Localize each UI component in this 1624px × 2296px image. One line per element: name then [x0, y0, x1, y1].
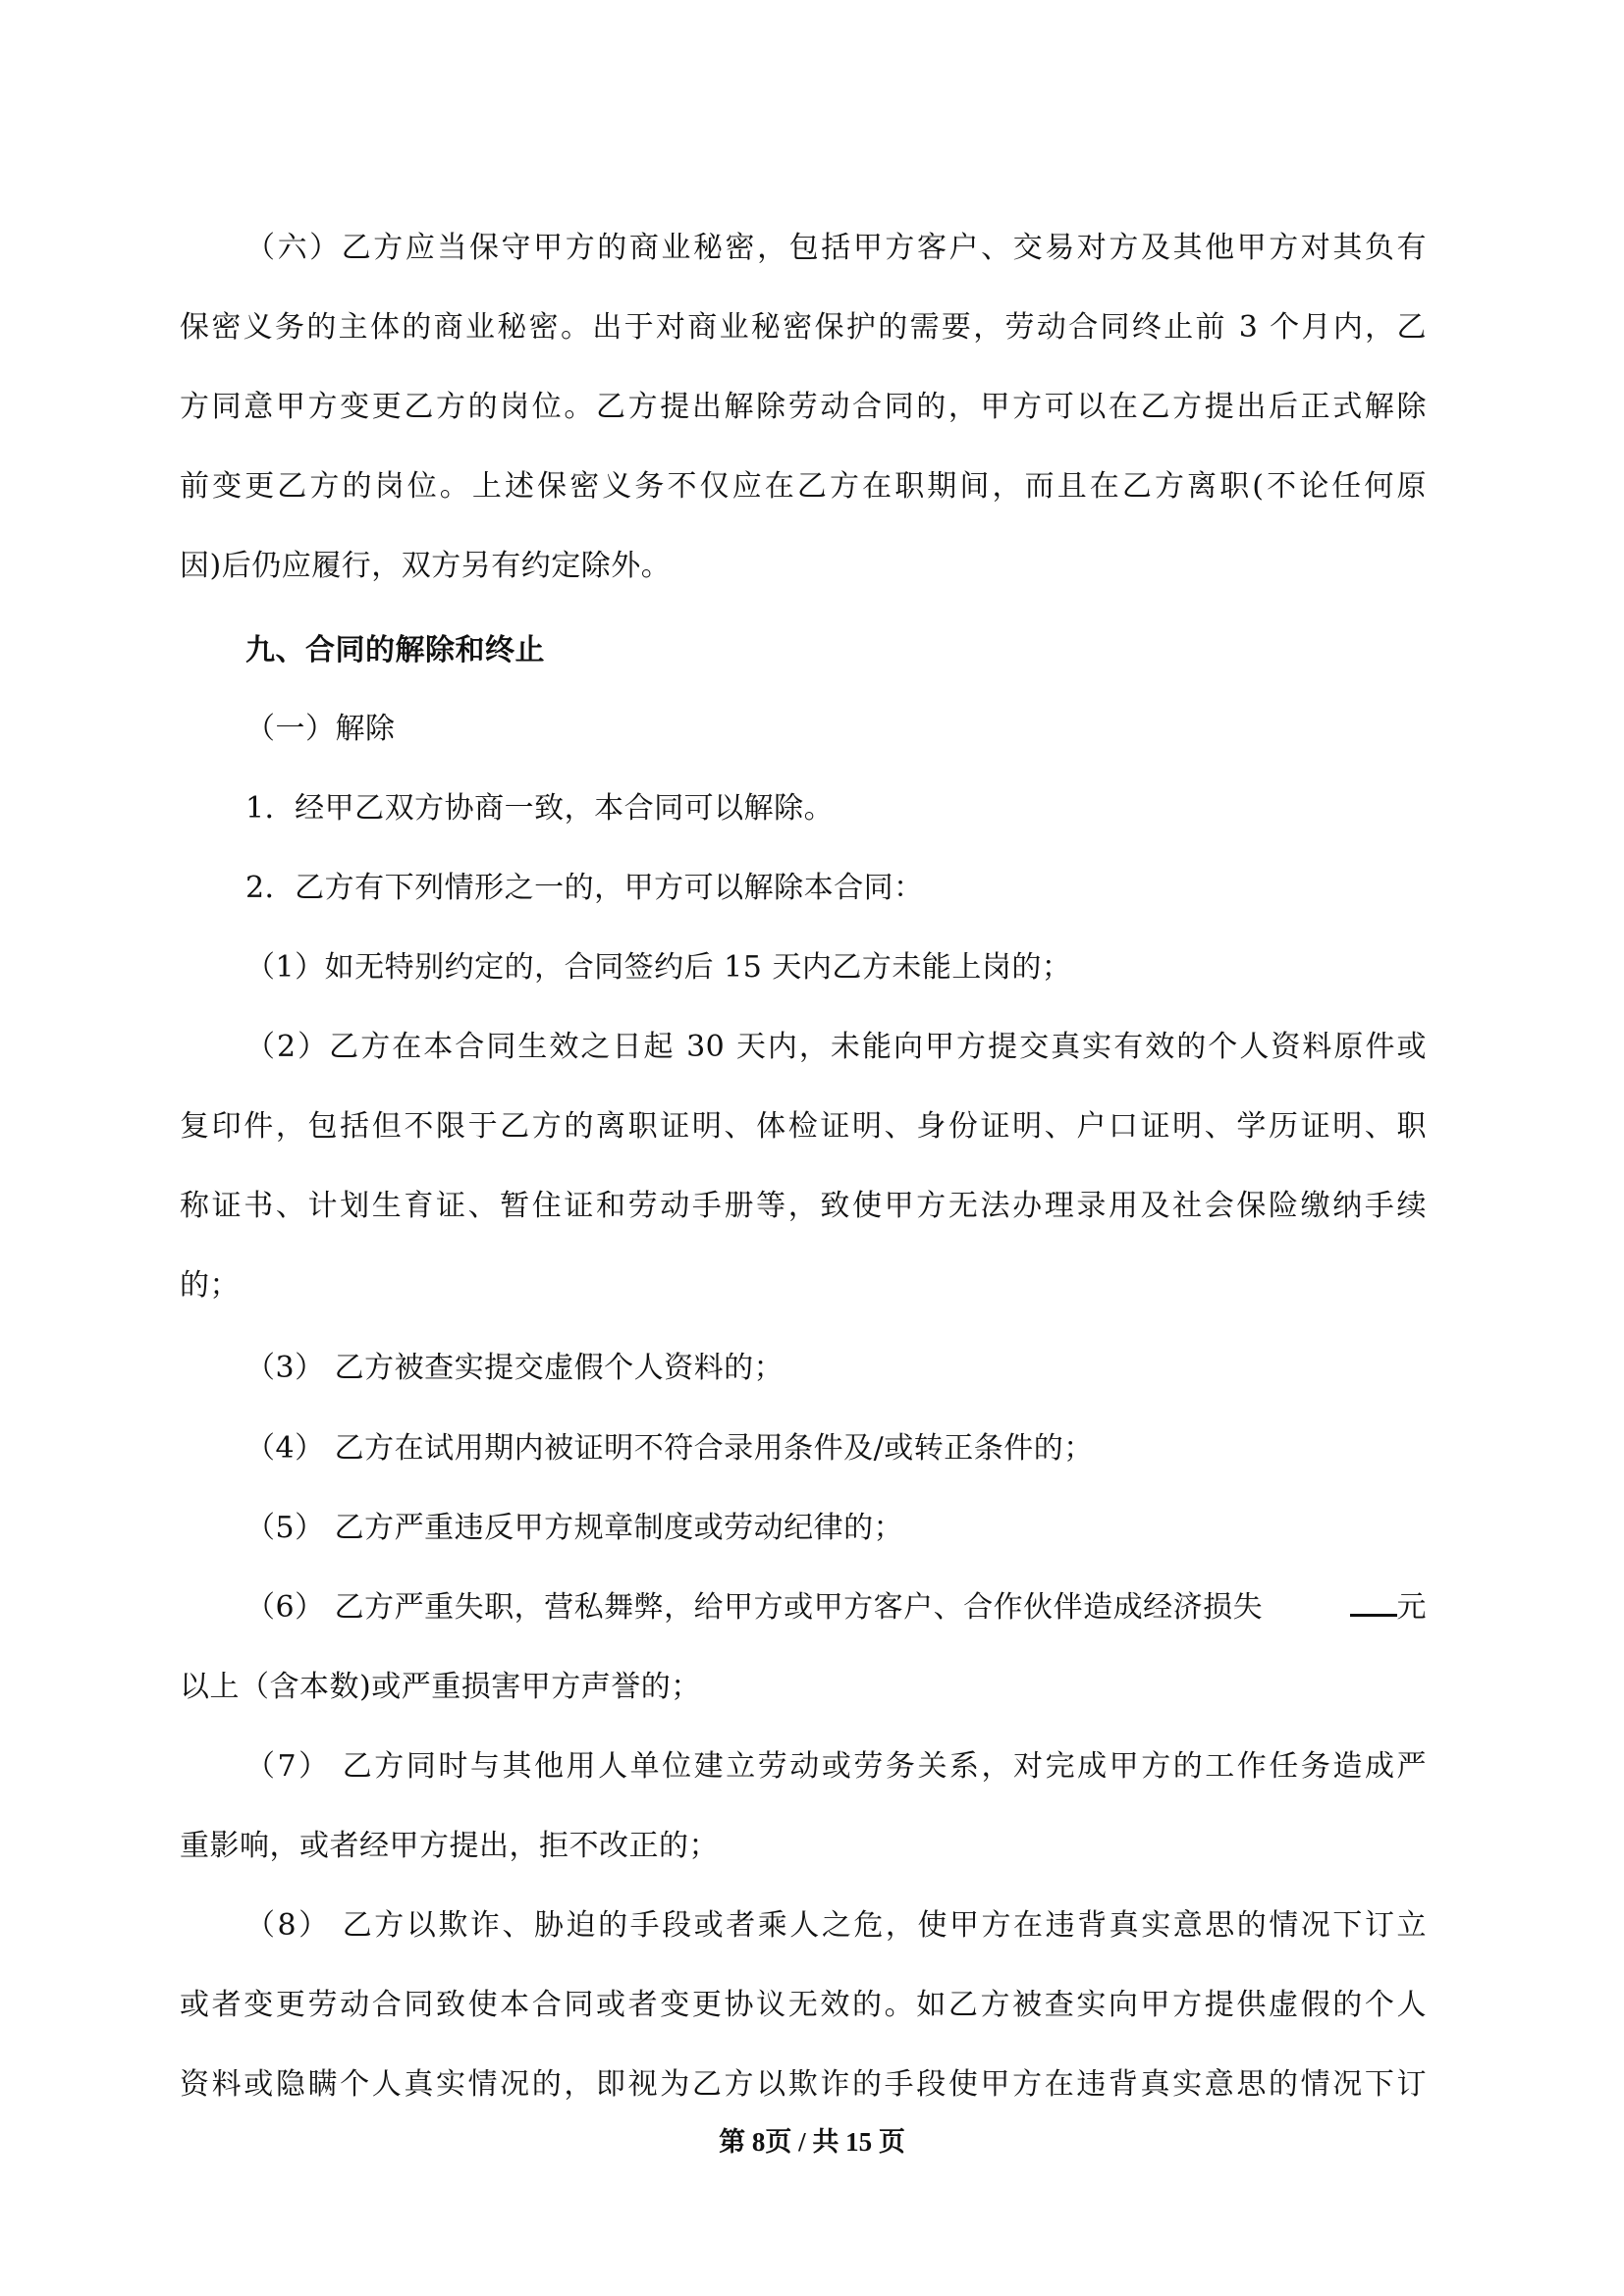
- sub-item-4: （4） 乙方在试用期内被证明不符合录用条件及/或转正条件的；: [245, 1424, 1427, 1473]
- page-number-footer: 第 8页 / 共 15 页: [0, 2120, 1624, 2159]
- section-heading: 九、合同的解除和终止: [245, 626, 1427, 675]
- paragraph-six-line-3: 方同意甲方变更乙方的岗位。乙方提出解除劳动合同的，甲方可以在乙方提出后正式解除: [180, 383, 1427, 432]
- sub-item-2-line-2: 复印件，包括但不限于乙方的离职证明、体检证明、身份证明、户口证明、学历证明、职: [180, 1102, 1427, 1151]
- sub-item-6-text: （6） 乙方严重失职，营私舞弊，给甲方或甲方客户、合作伙伴造成经济损失: [245, 1583, 1263, 1632]
- sub-item-8-line-2: 或者变更劳动合同致使本合同或者变更协议无效的。如乙方被查实向甲方提供虚假的个人: [180, 1981, 1427, 2030]
- sub-item-6-unit: 元: [1397, 1590, 1428, 1625]
- sub-item-7-line-1: （7） 乙方同时与其他用人单位建立劳动或劳务关系，对完成甲方的工作任务造成严: [245, 1742, 1427, 1791]
- paragraph-six-line-2: 保密义务的主体的商业秘密。出于对商业秘密保护的需要，劳动合同终止前 3 个月内，…: [180, 303, 1427, 352]
- sub-item-2-line-3: 称证书、计划生育证、暂住证和劳动手册等，致使甲方无法办理录用及社会保险缴纳手续: [180, 1182, 1427, 1231]
- item-1: 1．经甲乙双方协商一致，本合同可以解除。: [245, 784, 1427, 833]
- document-page: （六）乙方应当保守甲方的商业秘密，包括甲方客户、交易对方及其他甲方对其负有 保密…: [0, 0, 1624, 2296]
- paragraph-six-line-5: 因)后仍应履行，双方另有约定除外。: [180, 542, 1427, 591]
- sub-item-8-line-3: 资料或隐瞒个人真实情况的，即视为乙方以欺诈的手段使甲方在违背真实意思的情况下订: [180, 2060, 1427, 2109]
- sub-item-3: （3） 乙方被查实提交虚假个人资料的；: [245, 1344, 1427, 1393]
- sub-item-2-line-4: 的；: [180, 1261, 1427, 1310]
- amount-blank-field: [1350, 1586, 1397, 1617]
- sub-item-7-line-2: 重影响，或者经甲方提出，拒不改正的；: [180, 1822, 1427, 1871]
- paragraph-six-line-1: （六）乙方应当保守甲方的商业秘密，包括甲方客户、交易对方及其他甲方对其负有: [245, 224, 1427, 273]
- sub-item-5: （5） 乙方严重违反甲方规章制度或劳动纪律的；: [245, 1504, 1427, 1553]
- paragraph-six-line-4: 前变更乙方的岗位。上述保密义务不仅应在乙方在职期间，而且在乙方离职(不论任何原: [180, 462, 1427, 511]
- sub-item-8-line-1: （8） 乙方以欺诈、胁迫的手段或者乘人之危，使甲方在违背真实意思的情况下订立: [245, 1901, 1427, 1950]
- item-2: 2．乙方有下列情形之一的，甲方可以解除本合同：: [245, 864, 1427, 913]
- sub-item-6-line-1: （6） 乙方严重失职，营私舞弊，给甲方或甲方客户、合作伙伴造成经济损失 元: [245, 1583, 1427, 1632]
- sub-item-1: （1）如无特别约定的，合同签约后 15 天内乙方未能上岗的；: [245, 943, 1427, 992]
- sub-item-2-line-1: （2）乙方在本合同生效之日起 30 天内，未能向甲方提交真实有效的个人资料原件或: [245, 1023, 1427, 1072]
- sub-item-6-line-2: 以上（含本数)或严重损害甲方声誉的；: [180, 1663, 1427, 1712]
- subsection-heading: （一）解除: [245, 705, 1427, 754]
